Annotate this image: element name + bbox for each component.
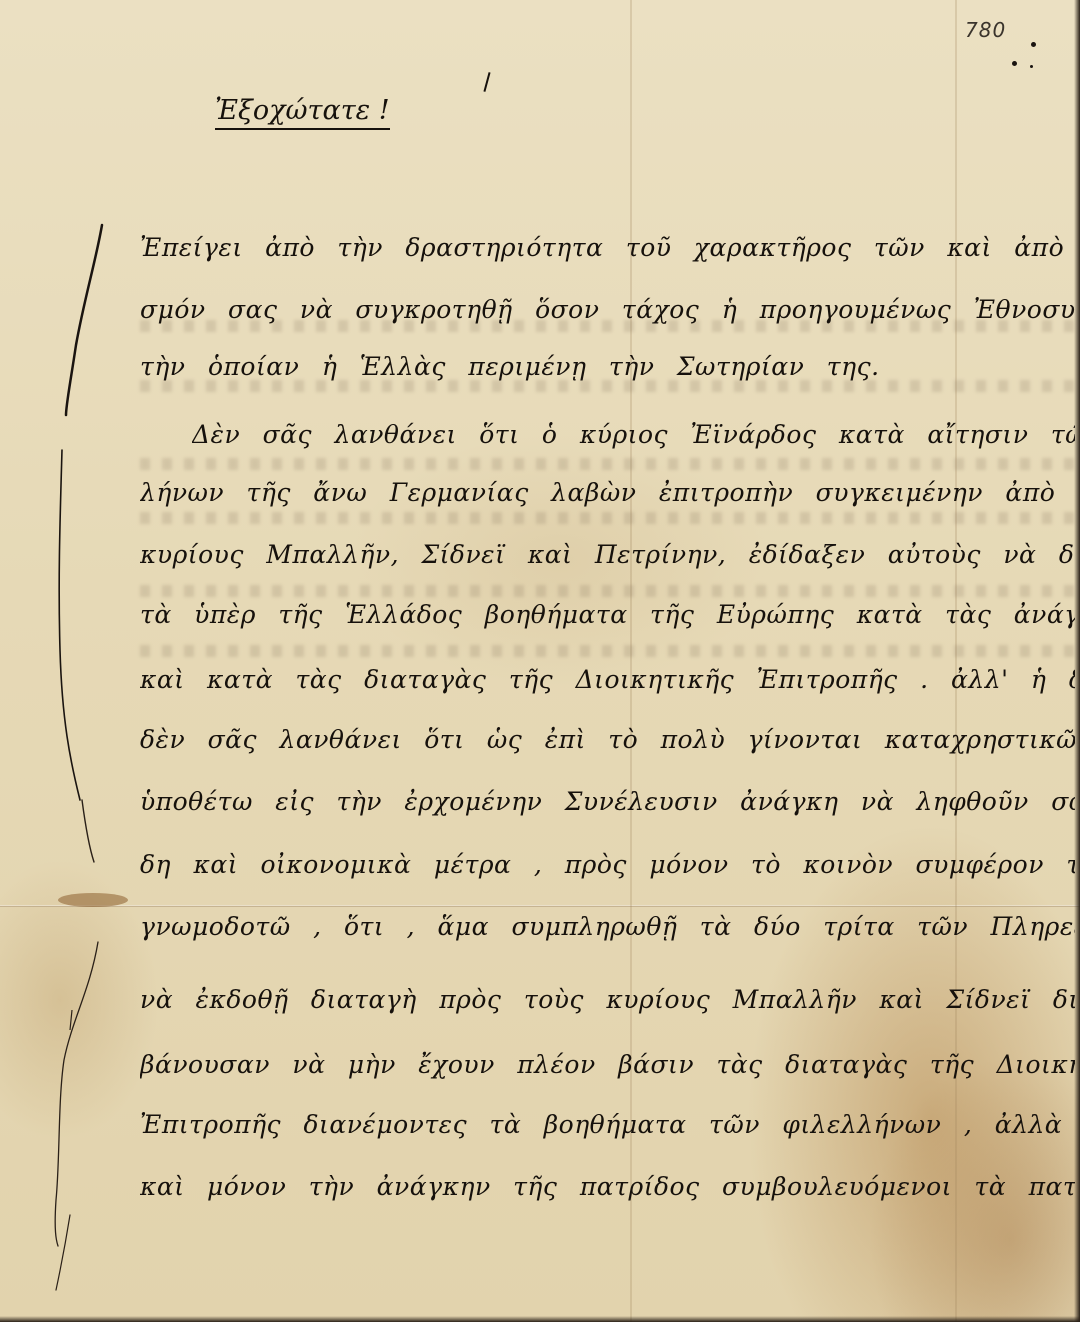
text-line-5: λήνων τῆς ἄνω Γερμανίας λαβὼν ἐπιτροπὴν … — [140, 478, 1075, 507]
text-line-3: τὴν ὁποίαν ἡ Ἑλλὰς περιμένῃ τὴν Σωτηρίαν… — [140, 352, 1075, 381]
ink-dot — [1012, 61, 1017, 66]
verso-ink-bleed — [140, 645, 1075, 657]
text-line-12: γνωμοδοτῶ , ὅτι , ἅμα συμπληρωθῇ τὰ δύο … — [140, 912, 1075, 941]
manuscript-page: 780 Ἐξοχώτατε ! Ἐπείγει ἀπὸ τὴν δραστηρι… — [0, 0, 1080, 1322]
scan-edge-bottom — [0, 1316, 1080, 1322]
verso-ink-bleed — [140, 380, 1075, 392]
verso-ink-bleed — [140, 458, 1075, 470]
paper-fold-line — [0, 905, 1080, 907]
text-line-7: τὰ ὑπὲρ τῆς Ἑλλάδος βοηθήματα τῆς Εὐρώπη… — [140, 600, 1075, 629]
margin-pen-stroke — [0, 0, 140, 1322]
ink-dot — [1030, 65, 1033, 68]
text-line-2: σμόν σας νὰ συγκροτηθῇ ὅσον τάχος ἡ προη… — [140, 295, 1075, 324]
text-line-4: Δὲν σᾶς λανθάνει ὅτι ὁ κύριος Ἐϊνάρδος κ… — [192, 420, 1075, 449]
accent-mark — [483, 72, 490, 92]
text-line-9: δὲν σᾶς λανθάνει ὅτι ὡς ἐπὶ τὸ πολὺ γίνο… — [140, 725, 1075, 754]
text-line-1: Ἐπείγει ἀπὸ τὴν δραστηριότητα τοῦ χαρακτ… — [140, 233, 1075, 262]
verso-ink-bleed — [140, 585, 1075, 597]
folio-number: 780 — [965, 18, 1006, 42]
text-line-16: καὶ μόνον τὴν ἀνάγκην τῆς πατρίδος συμβο… — [140, 1172, 1075, 1201]
ink-dot — [1031, 42, 1036, 47]
text-line-6: κυρίους Μπαλλῆν, Σίδνεϊ καὶ Πετρίνην, ἐδ… — [140, 540, 1075, 569]
text-line-14: βάνουσαν νὰ μὴν ἔχουν πλέον βάσιν τὰς δι… — [140, 1050, 1075, 1079]
verso-ink-bleed — [140, 512, 1075, 524]
text-line-15: Ἐπιτροπῆς διανέμοντες τὰ βοηθήματα τῶν φ… — [140, 1110, 1075, 1139]
text-line-8: καὶ κατὰ τὰς διαταγὰς τῆς Διοικητικῆς Ἐπ… — [140, 665, 1075, 694]
text-line-13: νὰ ἐκδοθῇ διαταγὴ πρὸς τοὺς κυρίους Μπαλ… — [140, 985, 1075, 1014]
text-line-11: δη καὶ οἰκονομικὰ μέτρα , πρὸς μόνον τὸ … — [140, 850, 1075, 879]
salutation: Ἐξοχώτατε ! — [215, 95, 390, 130]
text-line-10: ὑποθέτω εἰς τὴν ἐρχομένην Συνέλευσιν ἀνά… — [140, 787, 1075, 816]
